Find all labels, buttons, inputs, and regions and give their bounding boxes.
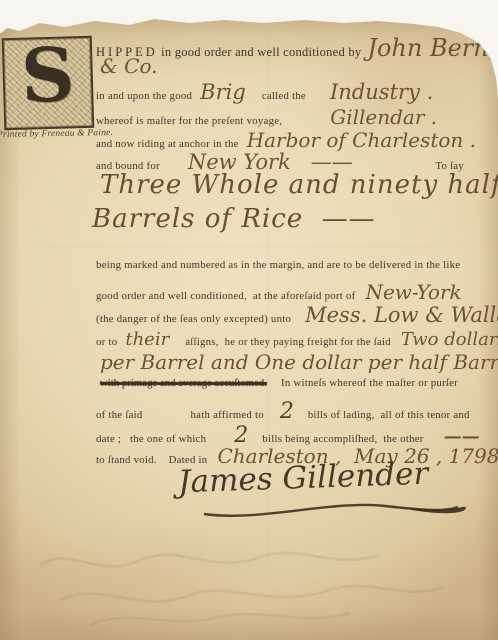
- printed-text: in good order and well conditioned by: [158, 45, 362, 60]
- consignee-line: (the danger of the ſeas only excepted) u…: [96, 305, 498, 326]
- master-line: whereof is maſter for the preſent voyage…: [96, 107, 437, 127]
- printed-text: hath affirmed to: [191, 409, 264, 421]
- vessel-name-handwritten: Industry .: [330, 82, 433, 103]
- bills-line-1: of the ſaid hath affirmed to 2 bills of …: [96, 399, 470, 424]
- freight-rate-handwritten: Two dollars: [401, 331, 498, 349]
- printed-text: called the: [262, 90, 306, 102]
- scanned-bill-of-lading: S Printed by Freneau & Paine. HIPPED in …: [0, 0, 498, 640]
- printed-text: being marked and numbered as in the marg…: [96, 259, 460, 271]
- vessel-line: in and upon the good Brig called the Ind…: [96, 82, 433, 103]
- printed-text: of the ſaid: [96, 409, 143, 421]
- struck-primage-clause: with primage and average accuſtomed.: [100, 377, 267, 389]
- show-through-ghost-writing: [30, 535, 460, 630]
- master-name-handwritten: Gillendar .: [330, 107, 437, 127]
- freight-rate-line-2: per Barrel and One dollar per half Barre…: [100, 352, 498, 372]
- cargo-quantity-handwritten: Three Whole and ninety half: [100, 172, 498, 198]
- printed-text: bills of lading, all of this tenor and: [308, 409, 470, 421]
- and-co-handwritten: & Co.: [100, 56, 158, 76]
- printed-text: in and upon the good: [96, 90, 192, 102]
- vessel-type-handwritten: Brig: [200, 82, 246, 103]
- delivery-port-handwritten: New-York: [365, 282, 461, 302]
- witness-clause-line: with primage and average accuſtomed. In …: [100, 377, 458, 389]
- printed-text: (the danger of the ſeas only excepted) u…: [96, 313, 291, 325]
- paper-sheet: S Printed by Freneau & Paine. HIPPED in …: [0, 0, 498, 640]
- freight-rate-continued-handwritten: per Barrel and One dollar per half Barre…: [100, 352, 498, 372]
- consignee-handwritten: Mess. Low & Wallace: [305, 305, 498, 326]
- printed-text: good order and well conditioned, at the …: [96, 290, 355, 302]
- printed-text: or to: [96, 336, 117, 348]
- their-handwritten: their: [125, 331, 169, 349]
- signature-flourish: [200, 494, 470, 524]
- printed-text: whereof is maſter for the preſent voyage…: [96, 115, 282, 127]
- drop-cap-letter: S: [4, 32, 92, 120]
- shipper-co-line: & Co.: [100, 56, 158, 76]
- horizontal-fold-crease: [0, 245, 498, 248]
- cargo-line-2: Barrels of Rice ——: [92, 206, 376, 232]
- anchor-line: and now riding at anchor in the Harbor o…: [96, 130, 476, 150]
- delivery-clause-line-2: good order and well conditioned, at the …: [96, 282, 462, 302]
- delivery-clause-line-1: being marked and numbered as in the marg…: [96, 259, 460, 271]
- cargo-goods-handwritten: Barrels of Rice ——: [92, 206, 376, 232]
- printed-text: In witneſs whereof the maſter or purſer: [281, 377, 458, 389]
- printed-text: date ; the one of which: [96, 433, 206, 445]
- harbor-handwritten: Harbor of Charleston .: [247, 130, 476, 150]
- woodcut-initial-S: S: [2, 36, 95, 130]
- printed-text: aſſigns, he or they paying freight for t…: [185, 336, 391, 348]
- printed-text: and now riding at anchor in the: [96, 138, 239, 150]
- cargo-line-1: Three Whole and ninety half: [100, 172, 498, 198]
- freight-line: or to their aſſigns, he or they paying f…: [96, 331, 498, 349]
- bills-count-handwritten: 2: [280, 399, 294, 424]
- shipper-name-handwritten: John Berney: [367, 36, 498, 60]
